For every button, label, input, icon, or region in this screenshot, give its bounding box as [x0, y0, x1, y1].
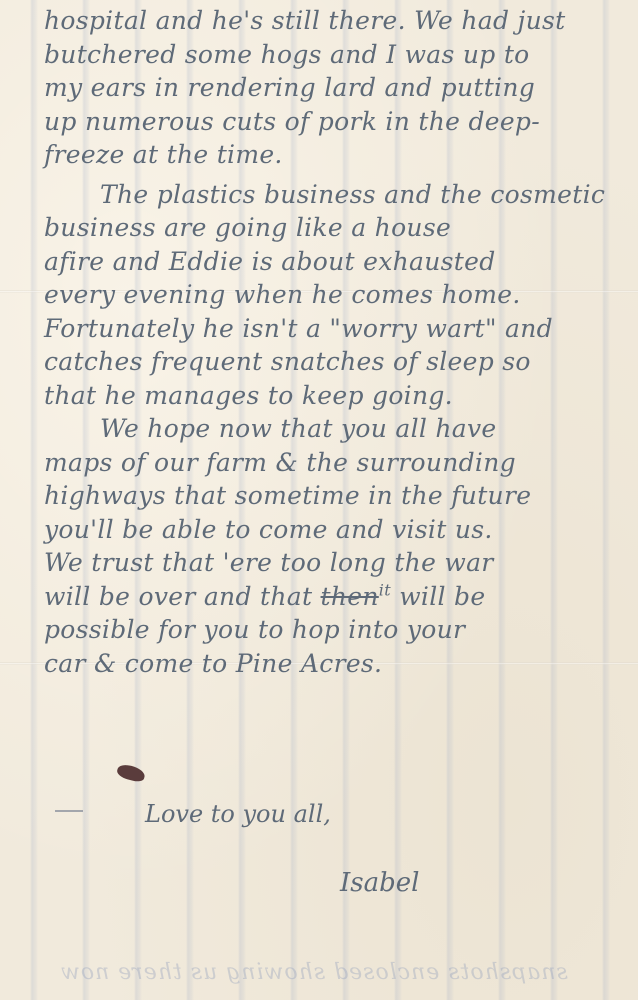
- text-line: every evening when he comes home.: [44, 278, 634, 312]
- bleed-through-text: snapshots enclosed showing us there now: [60, 960, 568, 985]
- text-line: that he manages to keep going.: [44, 379, 634, 413]
- text-line: We hope now that you all have: [44, 412, 634, 446]
- closing-line: Love to you all,: [145, 800, 331, 828]
- text-line: car & come to Pine Acres.: [44, 647, 634, 681]
- text-line: butchered some hogs and I was up to: [44, 38, 634, 72]
- text-line: freeze at the time.: [44, 138, 634, 172]
- struck-out-word: then: [321, 582, 379, 611]
- dash-mark: [55, 810, 83, 812]
- paragraph-1: hospital and he's still there. We had ju…: [44, 4, 634, 172]
- text-line: my ears in rendering lard and putting: [44, 71, 634, 105]
- text-line: Fortunately he isn't a "worry wart" and: [44, 312, 634, 346]
- text-line: The plastics business and the cosmetic: [44, 178, 634, 212]
- signature: Isabel: [340, 868, 419, 898]
- inserted-word: it: [379, 580, 391, 599]
- paragraph-3: We hope now that you all have maps of ou…: [44, 412, 634, 680]
- ink-blot: [116, 763, 147, 783]
- paragraph-2: The plastics business and the cosmetic b…: [44, 178, 634, 413]
- text-segment: will be over and that: [44, 582, 321, 611]
- text-line: afire and Eddie is about exhausted: [44, 245, 634, 279]
- text-line: business are going like a house: [44, 211, 634, 245]
- text-line: maps of our farm & the surrounding: [44, 446, 634, 480]
- text-line: you'll be able to come and visit us.: [44, 513, 634, 547]
- text-line: up numerous cuts of pork in the deep-: [44, 105, 634, 139]
- letter-page: snapshots enclosed showing us there now …: [0, 0, 638, 1000]
- text-segment: will be: [391, 582, 485, 611]
- text-line: We trust that 'ere too long the war: [44, 546, 634, 580]
- text-line: catches frequent snatches of sleep so: [44, 345, 634, 379]
- text-line-with-correction: will be over and that thenit will be: [44, 580, 634, 614]
- letter-body: hospital and he's still there. We had ju…: [44, 4, 634, 680]
- text-line: hospital and he's still there. We had ju…: [44, 4, 634, 38]
- text-line: highways that sometime in the future: [44, 479, 634, 513]
- text-line: possible for you to hop into your: [44, 613, 634, 647]
